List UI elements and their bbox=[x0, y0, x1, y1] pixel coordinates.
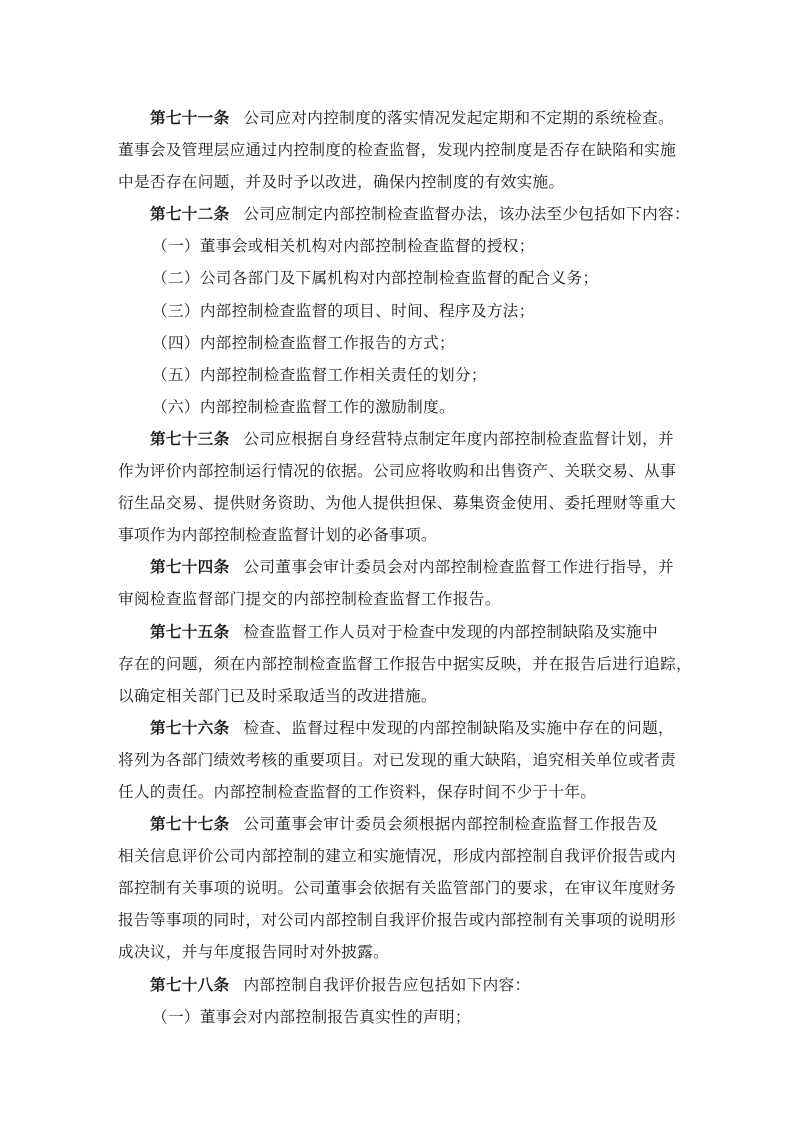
article-line: 中是否存在问题，并及时予以改进，确保内控制度的有效实施。 bbox=[118, 166, 674, 198]
article-line: 部控制有关事项的说明。公司董事会依据有关监管部门的要求，在审议年度财务 bbox=[118, 872, 674, 904]
list-item: （三）内部控制检查监督的项目、时间、程序及方法； bbox=[118, 295, 674, 327]
article-text: 检查、监督过程中发现的内部控制缺陷及实施中存在的问题， bbox=[243, 719, 673, 737]
list-item: （六）内部控制检查监督工作的激励制度。 bbox=[118, 391, 674, 423]
article-first-line: 第七十一条公司应对内控制度的落实情况发起定期和不定期的系统检查。 bbox=[118, 102, 674, 134]
article-line: 作为评价内部控制运行情况的依据。公司应将收购和出售资产、关联交易、从事 bbox=[118, 455, 674, 487]
article-78: 第七十八条内部控制自我评价报告应包括如下内容： （一）董事会对内部控制报告真实性… bbox=[118, 969, 674, 1033]
article-first-line: 第七十四条公司董事会审计委员会对内部控制检查监督工作进行指导，并 bbox=[118, 551, 674, 583]
article-76: 第七十六条检查、监督过程中发现的内部控制缺陷及实施中存在的问题， 将列为各部门绩… bbox=[118, 712, 674, 808]
article-text: 成决议，并与年度报告同时对外披露。 bbox=[118, 943, 389, 961]
article-heading: 第七十二条 bbox=[150, 205, 229, 223]
article-text: 检查监督工作人员对于检查中发现的内部控制缺陷及实施中 bbox=[243, 623, 658, 641]
article-first-line: 第七十七条公司董事会审计委员会须根据内部控制检查监督工作报告及 bbox=[118, 808, 674, 840]
article-line: 存在的问题，须在内部控制检查监督工作报告中据实反映，并在报告后进行追踪， bbox=[118, 648, 674, 680]
article-first-line: 第七十六条检查、监督过程中发现的内部控制缺陷及实施中存在的问题， bbox=[118, 712, 674, 744]
article-text: 公司应根据自身经营特点制定年度内部控制检查监督计划，并 bbox=[243, 430, 673, 448]
list-item: （二）公司各部门及下属机构对内部控制检查监督的配合义务； bbox=[118, 262, 674, 294]
article-71: 第七十一条公司应对内控制度的落实情况发起定期和不定期的系统检查。 董事会及管理层… bbox=[118, 102, 674, 198]
article-first-line: 第七十八条内部控制自我评价报告应包括如下内容： bbox=[118, 969, 674, 1001]
list-item: （四）内部控制检查监督工作报告的方式； bbox=[118, 327, 674, 359]
article-heading: 第七十六条 bbox=[150, 719, 229, 737]
article-heading: 第七十一条 bbox=[150, 109, 229, 127]
list-item: （一）董事会或相关机构对内部控制检查监督的授权； bbox=[118, 230, 674, 262]
document-page: 第七十一条公司应对内控制度的落实情况发起定期和不定期的系统检查。 董事会及管理层… bbox=[118, 102, 674, 1033]
list-item: （一）董事会对内部控制报告真实性的声明； bbox=[118, 1001, 674, 1033]
article-line: 衍生品交易、提供财务资助、为他人提供担保、募集资金使用、委托理财等重大 bbox=[118, 487, 674, 519]
article-line: 报告等事项的同时，对公司内部控制自我评价报告或内部控制有关事项的说明形 bbox=[118, 904, 674, 936]
article-line: 相关信息评价公司内部控制的建立和实施情况，形成内部控制自我评价报告或内 bbox=[118, 840, 674, 872]
article-text: 公司应制定内部控制检查监督办法，该办法至少包括如下内容： bbox=[243, 205, 689, 223]
article-first-line: 第七十五条检查监督工作人员对于检查中发现的内部控制缺陷及实施中 bbox=[118, 616, 674, 648]
article-text: 公司董事会审计委员会对内部控制检查监督工作进行指导，并 bbox=[243, 558, 673, 576]
article-text: 中是否存在问题，并及时予以改进，确保内控制度的有效实施。 bbox=[118, 173, 564, 191]
list-item: （五）内部控制检查监督工作相关责任的划分； bbox=[118, 359, 674, 391]
article-text: 报告等事项的同时，对公司内部控制自我评价报告或内部控制有关事项的说明形 bbox=[118, 904, 674, 936]
article-75: 第七十五条检查监督工作人员对于检查中发现的内部控制缺陷及实施中 存在的问题，须在… bbox=[118, 616, 674, 712]
article-heading: 第七十五条 bbox=[150, 623, 229, 641]
article-first-line: 第七十二条公司应制定内部控制检查监督办法，该办法至少包括如下内容： bbox=[118, 198, 674, 230]
article-line: 任人的责任。内部控制检查监督的工作资料，保存时间不少于十年。 bbox=[118, 776, 674, 808]
article-text: 作为评价内部控制运行情况的依据。公司应将收购和出售资产、关联交易、从事 bbox=[118, 455, 674, 487]
article-text: 部控制有关事项的说明。公司董事会依据有关监管部门的要求，在审议年度财务 bbox=[118, 872, 674, 904]
article-text: 董事会及管理层应通过内控制度的检查监督，发现内控制度是否存在缺陷和实施 bbox=[118, 134, 674, 166]
article-line: 审阅检查监督部门提交的内部控制检查监督工作报告。 bbox=[118, 583, 674, 615]
article-72: 第七十二条公司应制定内部控制检查监督办法，该办法至少包括如下内容： （一）董事会… bbox=[118, 198, 674, 423]
article-heading: 第七十七条 bbox=[150, 815, 229, 833]
article-line: 将列为各部门绩效考核的重要项目。对已发现的重大缺陷，追究相关单位或者责 bbox=[118, 744, 674, 776]
article-text: 相关信息评价公司内部控制的建立和实施情况，形成内部控制自我评价报告或内 bbox=[118, 840, 674, 872]
article-text: 事项作为内部控制检查监督计划的必备事项。 bbox=[118, 526, 437, 544]
article-77: 第七十七条公司董事会审计委员会须根据内部控制检查监督工作报告及 相关信息评价公司… bbox=[118, 808, 674, 968]
article-text: 公司董事会审计委员会须根据内部控制检查监督工作报告及 bbox=[243, 815, 658, 833]
article-73: 第七十三条公司应根据自身经营特点制定年度内部控制检查监督计划，并 作为评价内部控… bbox=[118, 423, 674, 551]
article-text: 审阅检查监督部门提交的内部控制检查监督工作报告。 bbox=[118, 590, 501, 608]
article-line: 事项作为内部控制检查监督计划的必备事项。 bbox=[118, 519, 674, 551]
article-text: 衍生品交易、提供财务资助、为他人提供担保、募集资金使用、委托理财等重大 bbox=[118, 487, 674, 519]
article-text: 以确定相关部门已及时采取适当的改进措施。 bbox=[118, 687, 437, 705]
article-line: 成决议，并与年度报告同时对外披露。 bbox=[118, 936, 674, 968]
article-text: 存在的问题，须在内部控制检查监督工作报告中据实反映，并在报告后进行追踪， bbox=[118, 648, 674, 680]
article-text: 任人的责任。内部控制检查监督的工作资料，保存时间不少于十年。 bbox=[118, 783, 596, 801]
article-text: 内部控制自我评价报告应包括如下内容： bbox=[243, 976, 530, 994]
article-heading: 第七十三条 bbox=[150, 430, 229, 448]
article-heading: 第七十四条 bbox=[150, 558, 229, 576]
article-text: 公司应对内控制度的落实情况发起定期和不定期的系统检查。 bbox=[243, 109, 673, 127]
article-line: 以确定相关部门已及时采取适当的改进措施。 bbox=[118, 680, 674, 712]
article-text: 将列为各部门绩效考核的重要项目。对已发现的重大缺陷，追究相关单位或者责 bbox=[118, 744, 674, 776]
article-line: 董事会及管理层应通过内控制度的检查监督，发现内控制度是否存在缺陷和实施 bbox=[118, 134, 674, 166]
article-first-line: 第七十三条公司应根据自身经营特点制定年度内部控制检查监督计划，并 bbox=[118, 423, 674, 455]
article-74: 第七十四条公司董事会审计委员会对内部控制检查监督工作进行指导，并 审阅检查监督部… bbox=[118, 551, 674, 615]
article-heading: 第七十八条 bbox=[150, 976, 229, 994]
